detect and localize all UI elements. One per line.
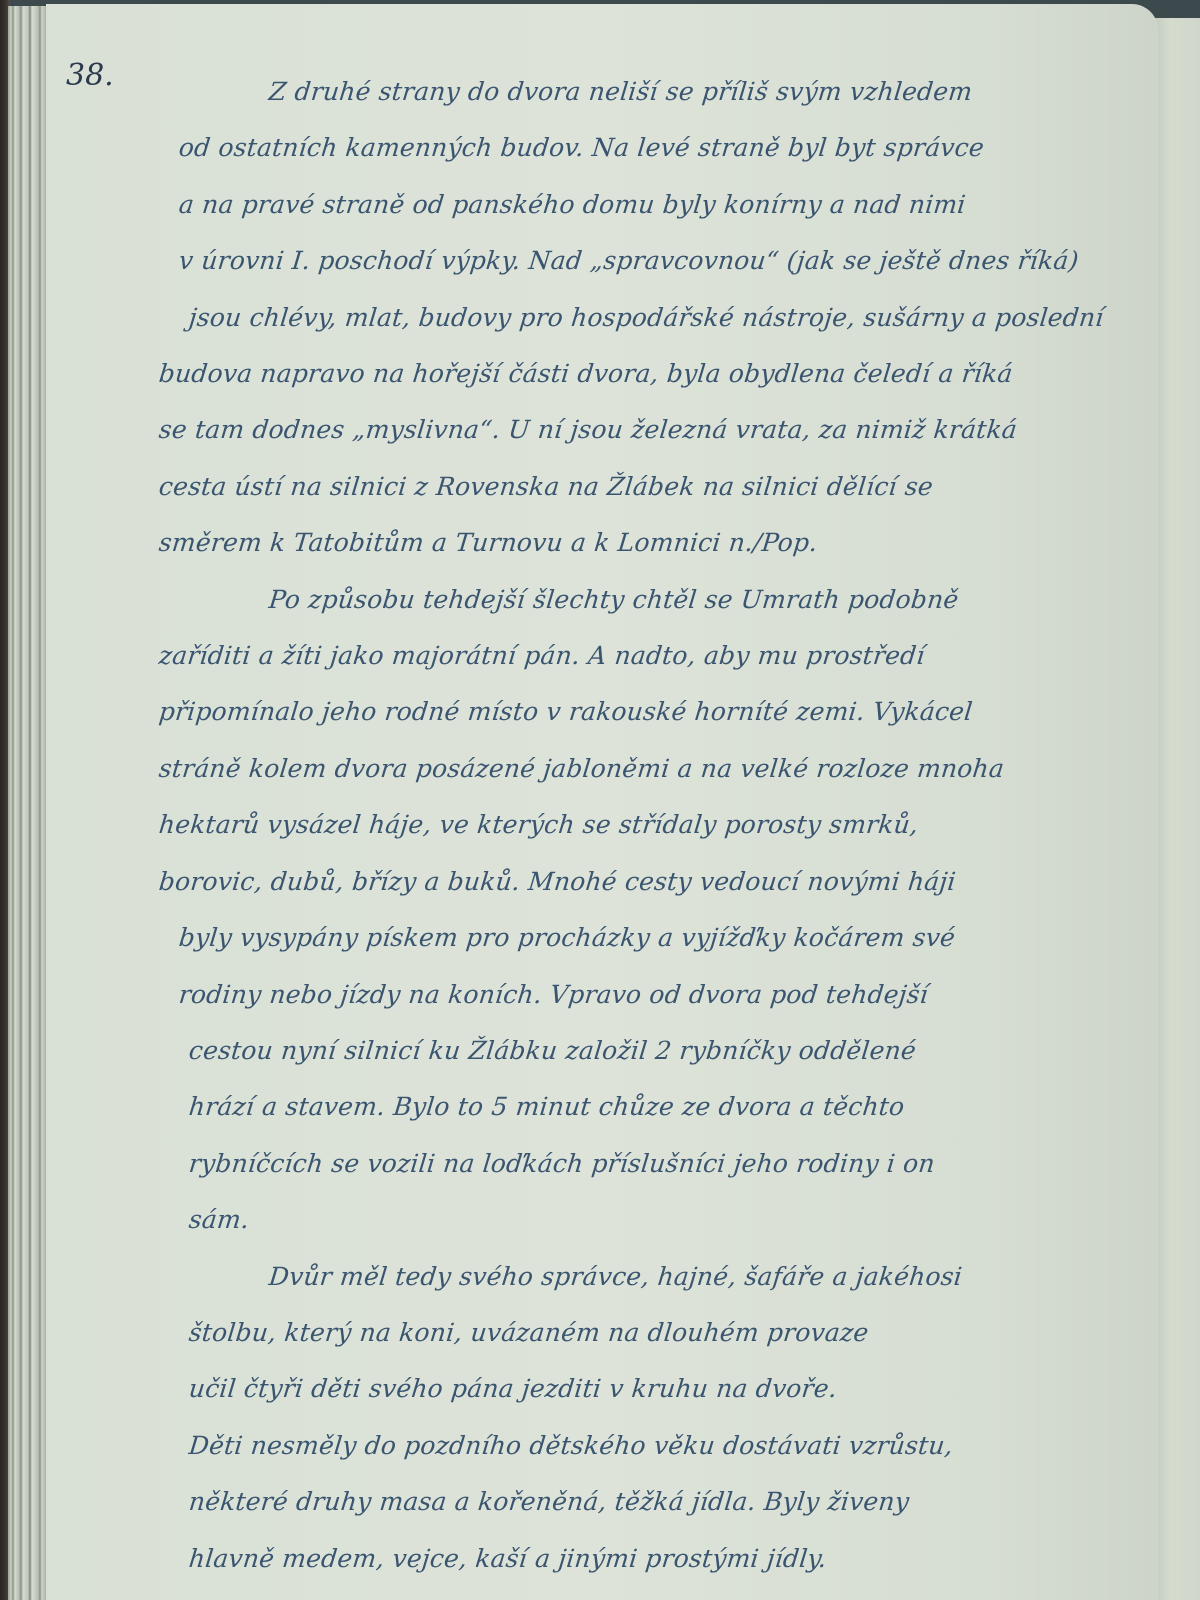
text-line: byly vysypány pískem pro procházky a vyj… <box>156 910 1092 966</box>
text-line: Dvůr měl tedy svého správce, hajné, šafá… <box>156 1249 1092 1305</box>
text-line: a na pravé straně od panského domu byly … <box>156 177 1092 233</box>
stacked-page-edges <box>8 6 48 1600</box>
text-line: směrem k Tatobitům a Turnovu a k Lomnici… <box>156 515 1092 571</box>
text-line: štolbu, který na koni, uvázaném na dlouh… <box>156 1305 1092 1361</box>
text-line: Z druhé strany do dvora neliší se příliš… <box>156 64 1092 120</box>
text-line: rodiny nebo jízdy na koních. Vpravo od d… <box>156 967 1092 1023</box>
text-line: budova napravo na hořejší části dvora, b… <box>156 346 1092 402</box>
text-line: připomínalo jeho rodné místo v rakouské … <box>156 684 1092 740</box>
text-line: od ostatních kamenných budov. Na levé st… <box>156 120 1092 176</box>
text-line: v úrovni I. poschodí výpky. Nad „spravco… <box>156 233 1092 289</box>
text-line: borovic, dubů, břízy a buků. Mnohé cesty… <box>156 854 1092 910</box>
manuscript-photo: 38. Z druhé strany do dvora neliší se př… <box>0 0 1200 1600</box>
text-line: stráně kolem dvora posázené jabloněmi a … <box>156 741 1092 797</box>
text-line: hrází a stavem. Bylo to 5 minut chůze ze… <box>156 1079 1092 1135</box>
text-line: se tam dodnes „myslivna“. U ní jsou žele… <box>156 402 1092 458</box>
text-line: hektarů vysázel háje, ve kterých se stří… <box>156 797 1092 853</box>
text-line: sám. <box>156 1192 1092 1248</box>
text-line: cesta ústí na silnici z Rovenska na Žláb… <box>156 459 1092 515</box>
text-line: rybníčcích se vozili na loďkách příslušn… <box>156 1136 1092 1192</box>
page-number: 38. <box>66 58 114 93</box>
manuscript-page: 38. Z druhé strany do dvora neliší se př… <box>46 4 1158 1600</box>
text-line: zaříditi a žíti jako majorátní pán. A na… <box>156 628 1092 684</box>
text-line: cestou nyní silnicí ku Žlábku založil 2 … <box>156 1023 1092 1079</box>
text-line: jsou chlévy, mlat, budovy pro hospodářsk… <box>156 290 1092 346</box>
handwritten-text: Z druhé strany do dvora neliší se příliš… <box>156 64 1086 1587</box>
text-line: hlavně medem, vejce, kaší a jinými prost… <box>156 1531 1092 1587</box>
text-line: učil čtyři děti svého pána jezditi v kru… <box>156 1361 1092 1417</box>
text-line: Po způsobu tehdejší šlechty chtěl se Umr… <box>156 572 1092 628</box>
text-line: Děti nesměly do pozdního dětského věku d… <box>156 1418 1092 1474</box>
text-line: některé druhy masa a kořeněná, těžká jíd… <box>156 1474 1092 1530</box>
